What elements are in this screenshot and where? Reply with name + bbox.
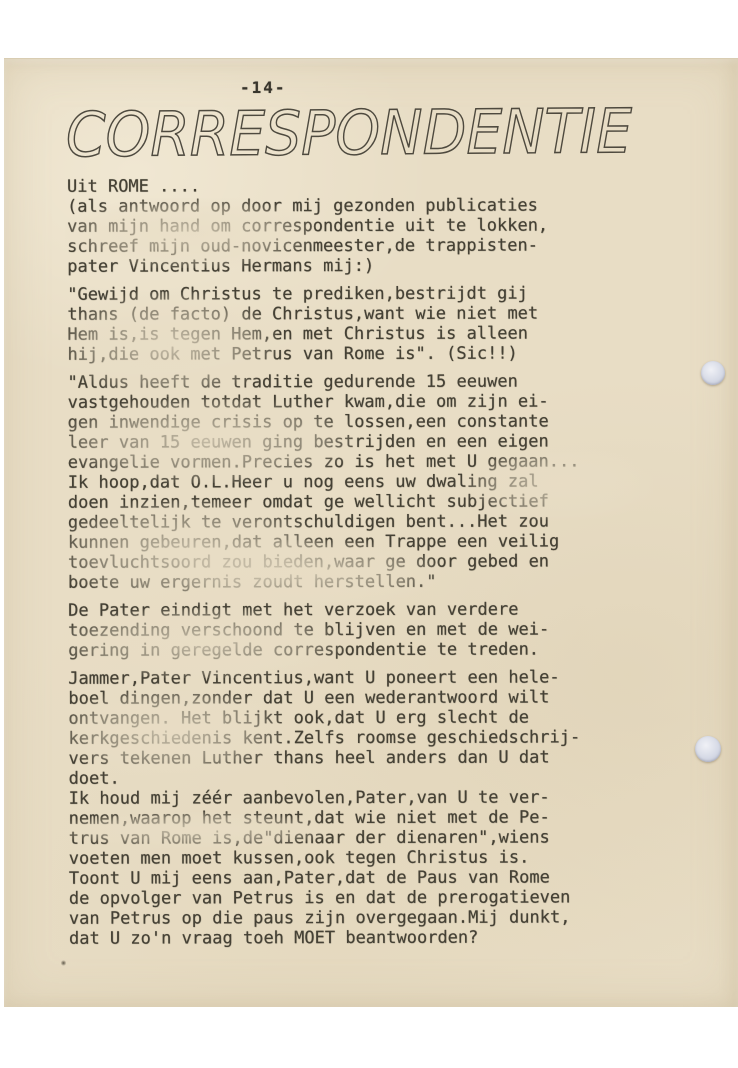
text-line: hij,die ook met Petrus van Rome is". (Si…: [67, 343, 657, 365]
text-line: van Petrus op die paus zijn overgegaan.M…: [69, 907, 659, 929]
text-line: thans (de facto) de Christus,want wie ni…: [67, 303, 657, 325]
text-line: de opvolger van Petrus is en dat de prer…: [69, 887, 659, 909]
text-line: Ik houd mij zéér aanbevolen,Pater,van U …: [69, 787, 659, 809]
punch-hole-top: [701, 361, 725, 385]
hand-lettered-title-graphic: CORRESPONDENTIE: [62, 98, 648, 174]
page-number: -14-: [240, 78, 287, 97]
text-line: vers tekenen Luther thans heel anders da…: [68, 747, 658, 769]
text-line: Ik hoop,dat O.L.Heer u nog eens uw dwali…: [68, 471, 658, 493]
paragraph-quote-second: "Aldus heeft de traditie gedurende 15 ee…: [67, 371, 658, 593]
text-line: De Pater eindigt met het verzoek van ver…: [68, 599, 658, 621]
paragraph-reply: Jammer,Pater Vincentius,want U poneert e…: [68, 667, 659, 949]
text-line: toevluchtsoord zou bieden,waar ge door g…: [68, 551, 658, 573]
text-line: kunnen gebeuren,dat alleen een Trappe ee…: [68, 531, 658, 553]
text-line: doet.: [69, 767, 659, 789]
punch-hole-bottom: [695, 736, 721, 762]
text-line: boete uw ergernis zoudt herstellen.": [68, 571, 658, 593]
text-line: "Gewijd om Christus te prediken,bestrijd…: [67, 283, 657, 305]
text-line: "Aldus heeft de traditie gedurende 15 ee…: [67, 371, 657, 393]
text-line: schreef mijn oud-novicenmeester,de trapp…: [67, 235, 657, 257]
text-line: van mijn hand om correspondentie uit te …: [67, 215, 657, 237]
page-title-text: CORRESPONDENTIE: [66, 98, 633, 171]
paragraph-closing-note: De Pater eindigt met het verzoek van ver…: [68, 599, 658, 661]
text-line: voeten men moet kussen,ook tegen Christu…: [69, 847, 659, 869]
text-line: Uit ROME ....: [67, 175, 657, 197]
text-line: gering in geregelde correspondentie te t…: [68, 639, 658, 661]
text-line: leer van 15 eeuwen ging bestrijden en ee…: [68, 431, 658, 453]
text-line: toezending verschoond te blijven en met …: [68, 619, 658, 641]
text-line: pater Vincentius Hermans mij:): [67, 255, 657, 277]
text-line: Toont U mij eens aan,Pater,dat de Paus v…: [69, 867, 659, 889]
ink-speck: [61, 960, 66, 966]
letter-title: CORRESPONDENTIE: [62, 98, 648, 174]
text-line: kerkgeschiedenis kent.Zelfs roomse gesch…: [68, 727, 658, 749]
text-line: boel dingen,zonder dat U een wederantwoo…: [68, 687, 658, 709]
paragraph-opening: Uit ROME ....(als antwoord op door mij g…: [67, 175, 657, 277]
text-line: ontvangen. Het blijkt ook,dat U erg slec…: [68, 707, 658, 729]
text-line: gedeeltelijk te verontschuldigen bent...…: [68, 511, 658, 533]
text-line: evangelie vormen.Precies zo is het met U…: [68, 451, 658, 473]
text-line: dat U zo'n vraag toeh MOET beantwoorden?: [69, 927, 659, 949]
paragraph-quote-first: "Gewijd om Christus te prediken,bestrijd…: [67, 283, 657, 365]
text-line: doen inzien,temeer omdat ge wellicht sub…: [68, 491, 658, 513]
text-line: trus van Rome is,de"dienaar der dienaren…: [69, 827, 659, 849]
text-line: Jammer,Pater Vincentius,want U poneert e…: [68, 667, 658, 689]
text-line: Hem is,is tegen Hem,en met Christus is a…: [67, 323, 657, 345]
text-line: gen inwendige crisis op te lossen,een co…: [68, 411, 658, 433]
text-line: nemen,waarop het steunt,dat wie niet met…: [69, 807, 659, 829]
text-line: (als antwoord op door mij gezonden publi…: [67, 195, 657, 217]
text-line: vastgehouden totdat Luther kwam,die om z…: [68, 391, 658, 413]
letter-body: Uit ROME ....(als antwoord op door mij g…: [67, 175, 659, 957]
